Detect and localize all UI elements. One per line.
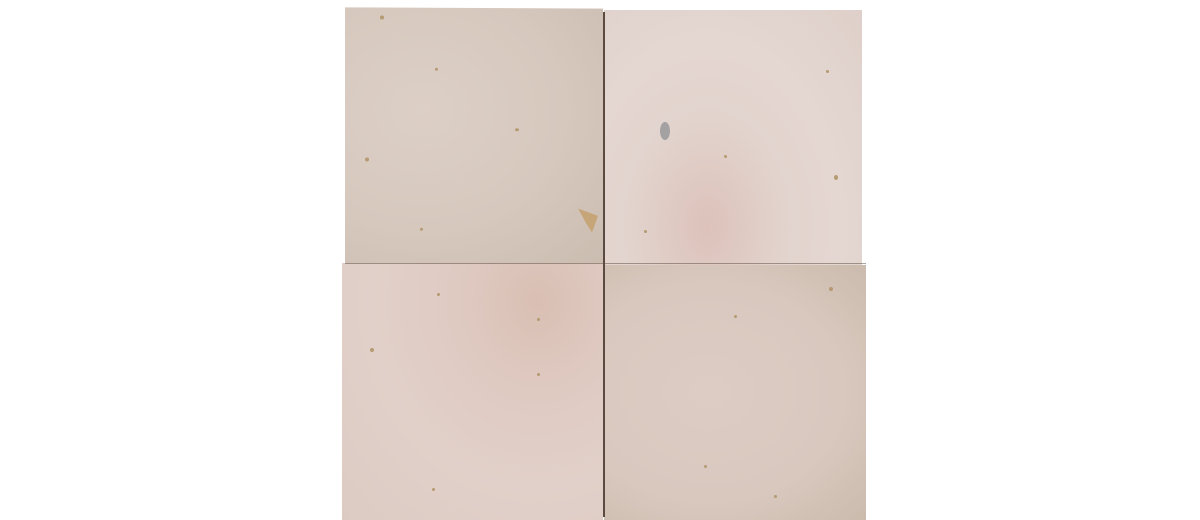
speck: [432, 488, 435, 491]
speck: [365, 157, 369, 161]
speck: [704, 465, 707, 468]
tile-bottom-right: [604, 265, 866, 520]
speck: [537, 318, 540, 321]
speck: [437, 293, 440, 296]
glaze-chip: [578, 209, 598, 233]
speck: [734, 315, 737, 318]
speck: [537, 373, 540, 376]
grout-line-vertical: [603, 12, 605, 517]
speck: [420, 228, 423, 231]
speck: [834, 175, 838, 180]
tile-top-left: [345, 7, 603, 264]
speck: [644, 230, 647, 233]
speck: [370, 348, 374, 352]
grout-line-horizontal: [345, 263, 866, 264]
speck: [435, 68, 438, 71]
speck: [774, 495, 777, 498]
tile-bottom-left: [342, 263, 603, 520]
tile-top-right: [604, 10, 862, 265]
glaze-stain: [660, 122, 670, 140]
speck: [724, 155, 727, 158]
speck: [380, 16, 384, 20]
speck: [826, 70, 829, 73]
speck: [829, 287, 833, 291]
speck: [515, 128, 519, 131]
